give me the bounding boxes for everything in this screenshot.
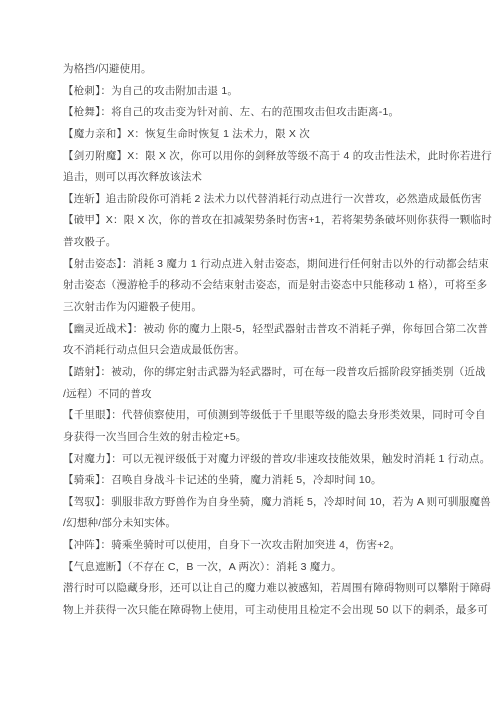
text-line: 【对魔力】：可以无视评级低于对魔力评级的普攻/非速攻技能效果，触发时消耗 1 行…	[63, 449, 439, 471]
text-line: 【踏射】：被动，你的绑定射击武器为轻武器时，可在每一段普攻后摇阶段穿插类别（近战	[63, 362, 439, 384]
text-line: 普攻骰子。	[63, 232, 439, 254]
document-body: 为格挡/闪避使用。 【枪刺】：为自己的攻击附加击退 1。 【枪舞】：将自己的攻击…	[63, 59, 439, 622]
text-line: 攻不消耗行动点但只会造成最低伤害。	[63, 340, 439, 362]
text-line: 【射击姿态】：消耗 3 魔力 1 行动点进入射击姿态，期间进行任何射击以外的行动…	[63, 254, 439, 276]
text-line: 【剑刃附魔】X：限 X 次，你可以用你的剑释放等级不高于 4 的攻击性法术，此时…	[63, 146, 439, 168]
text-line: /远程）不同的普攻	[63, 384, 439, 406]
text-line: 【驾驭】：驯服非敌方野兽作为自身坐骑，魔力消耗 5，冷却时间 10，若为 A 则…	[63, 492, 439, 514]
text-line: 身获得一次当回合生效的射击检定+5。	[63, 427, 439, 449]
text-line: 【枪舞】：将自己的攻击变为针对前、左、右的范围攻击但攻击距离-1。	[63, 102, 439, 124]
text-line: 为格挡/闪避使用。	[63, 59, 439, 81]
text-line: /幻想种/部分未知实体。	[63, 513, 439, 535]
text-line: 【枪刺】：为自己的攻击附加击退 1。	[63, 81, 439, 103]
text-line: 射击姿态（漫游枪手的移动不会结束射击姿态，而是射击姿态中只能移动 1 格），可将…	[63, 275, 439, 297]
text-line: 【千里眼】：代替侦察使用，可侦测到等级低于千里眼等级的隐去身形类效果，同时可令自	[63, 405, 439, 427]
document-page: 为格挡/闪避使用。 【枪刺】：为自己的攻击附加击退 1。 【枪舞】：将自己的攻击…	[0, 0, 500, 707]
text-line: 【骑乘】：召唤自身战斗卡记述的坐骑，魔力消耗 5，冷却时间 10。	[63, 470, 439, 492]
text-line: 【冲阵】：骑乘坐骑时可以使用，自身下一次攻击附加突进 4，伤害+2。	[63, 535, 439, 557]
text-line: 追击，则可以再次释放该法术	[63, 167, 439, 189]
text-line: 【气息遮断】（不存在 C，B 一次，A 两次）：消耗 3 魔力。	[63, 557, 439, 579]
text-line: 潜行时可以隐藏身形，还可以让自己的魔力难以被感知，若周围有障碍物则可以攀附于障碍	[63, 578, 439, 600]
text-line: 物上并获得一次只能在障碍物上使用，可主动使用且检定不会出现 50 以下的刺杀，最…	[63, 600, 439, 622]
text-line: 三次射击作为闪避骰子使用。	[63, 297, 439, 319]
text-line: 【幽灵近战术】：被动 你的魔力上限-5，轻型武器射击普攻不消耗子弹，你每回合第二…	[63, 319, 439, 341]
text-line: 【魔力亲和】X：恢复生命时恢复 1 法术力，限 X 次	[63, 124, 439, 146]
text-line: 【连斩】追击阶段你可消耗 2 法术力以代替消耗行动点进行一次普攻，必然造成最低伤…	[63, 189, 439, 211]
text-line: 【破甲】X：限 X 次，你的普攻在扣减架势条时伤害+1，若将架势条破坏则你获得一…	[63, 210, 439, 232]
